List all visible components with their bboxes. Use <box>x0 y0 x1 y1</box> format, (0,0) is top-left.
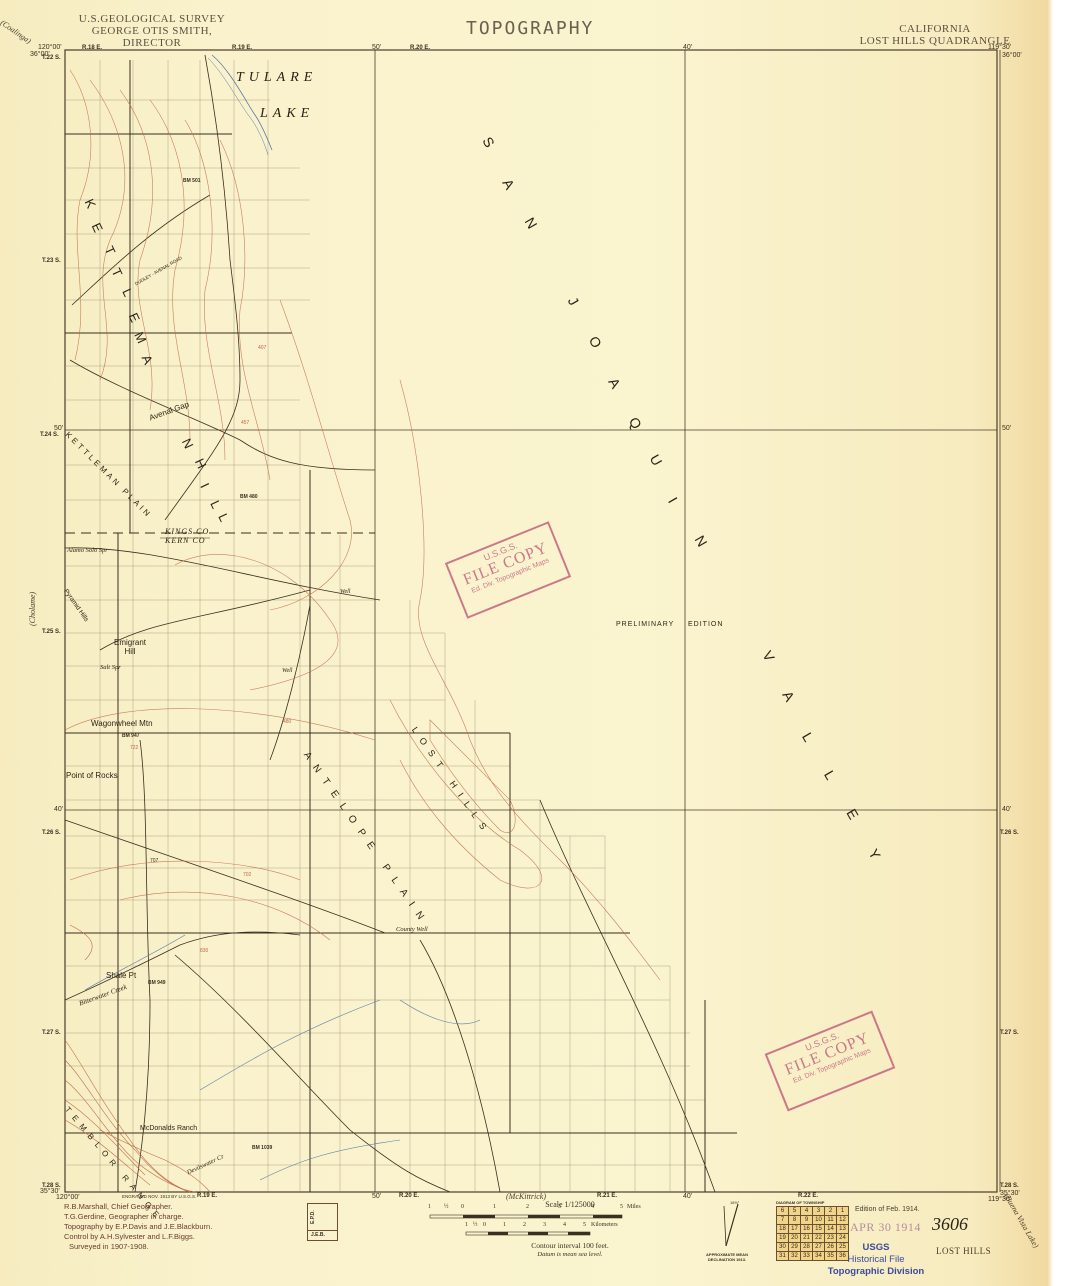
km-tick: 3 <box>543 1222 546 1228</box>
handwritten-number: 3606 <box>932 1214 968 1235</box>
km-tick: 0 <box>483 1222 486 1228</box>
label-edition: EDITION <box>688 621 723 628</box>
elevation-bm-949: BM 949 <box>148 980 166 986</box>
miles-tick: ½ <box>444 1204 449 1210</box>
label-mcdonalds-ranch: McDonalds Ranch <box>140 1125 197 1132</box>
historical-file: Historical File <box>826 1254 926 1266</box>
contour-interval: Contour interval 100 feet. <box>460 1241 680 1250</box>
label-point-of-rocks: Point of Rocks <box>66 771 118 780</box>
credit-surveyed: Surveyed in 1907-1908. <box>64 1242 212 1252</box>
miles-unit: Miles <box>627 1204 641 1210</box>
km-tick: 1 <box>503 1222 506 1228</box>
range-bottom-r20: R.20 E. <box>399 1193 419 1199</box>
index-initials-bottom: J.E.B. <box>311 1232 325 1238</box>
coord-bottom-left-lon: 120°00' <box>56 1194 80 1201</box>
miles-tick: 3 <box>558 1204 561 1210</box>
elevation-707: 707 <box>150 858 158 864</box>
km-unit: Kilometers <box>591 1222 618 1228</box>
declination-label: APPROXIMATE MEAN DECLINATION 1913. <box>692 1252 762 1262</box>
footer-quad-name: LOST HILLS <box>936 1246 991 1256</box>
km-tick: 5 <box>583 1222 586 1228</box>
elevation-bm-480: BM 480 <box>240 494 258 500</box>
credit-geographer: T.G.Gerdine, Geographer in charge. <box>64 1212 212 1222</box>
label-shale-pt: Shale Pt <box>106 971 136 980</box>
km-tick: 4 <box>563 1222 566 1228</box>
miles-tick: 1 <box>428 1204 431 1210</box>
range-bottom-r21: R.21 E. <box>597 1193 617 1199</box>
elevation-480: 480 <box>283 719 291 725</box>
map-linework <box>0 0 1080 1286</box>
label-well-2: Well <box>282 668 292 674</box>
engraved-note: ENGRAVED NOV. 1913 BY U.S.G.S. <box>122 1194 196 1199</box>
miles-tick: 5 <box>620 1204 623 1210</box>
miles-tick: 1 <box>493 1204 496 1210</box>
datum-note: Datum is mean sea level. <box>460 1251 680 1258</box>
elevation-bm-501: BM 501 <box>183 178 201 184</box>
coord-bottom-lon-40: 40' <box>683 1193 692 1200</box>
credit-topography: Topography by E.P.Davis and J.E.Blackbur… <box>64 1222 212 1232</box>
km-tick: ½ <box>473 1222 478 1228</box>
township-diagram-title: DIAGRAM OF TOWNSHIP <box>776 1200 824 1205</box>
label-kings-co: KINGS CO <box>165 527 209 536</box>
credit-control: Control by A.H.Sylvester and L.F.Biggs. <box>64 1232 212 1242</box>
range-bottom-r19: R.19 E. <box>197 1193 217 1199</box>
historical-division: Topographic Division <box>826 1266 926 1278</box>
label-county-well: County Well <box>396 926 428 933</box>
miles-tick: 2 <box>526 1204 529 1210</box>
declination-arrows <box>712 1198 752 1248</box>
label-well-1: Well <box>340 589 350 595</box>
elevation-bm-947: BM 947 <box>122 733 140 739</box>
miles-tick: 4 <box>591 1204 594 1210</box>
km-tick: 2 <box>523 1222 526 1228</box>
label-wagonwheel-mtn: Wagonwheel Mtn <box>91 719 153 728</box>
historical-agency: USGS <box>826 1242 926 1254</box>
declination-degrees: 18½° <box>730 1200 739 1205</box>
label-preliminary: PRELIMINARY <box>616 621 674 628</box>
index-box: E.P.D. J.E.B. <box>307 1203 338 1241</box>
received-stamp: APR 30 1914 <box>850 1220 921 1235</box>
elevation-722: 722 <box>130 745 138 751</box>
km-tick: 1 <box>465 1222 468 1228</box>
label-alamo-solo: Alamo Solo Spr <box>67 547 108 554</box>
label-kern-co: KERN CO <box>165 536 206 545</box>
elevation-702: 702 <box>243 872 251 878</box>
elevation-407: 407 <box>258 345 266 351</box>
edition-date: Edition of Feb. 1914. <box>855 1206 920 1213</box>
range-bottom-r22: R.22 E. <box>798 1193 818 1199</box>
index-initials-top: E.P.D. <box>310 1210 316 1224</box>
credits-block: R.B.Marshall, Chief Geographer. T.G.Gerd… <box>64 1202 212 1252</box>
label-salt-spr: Salt Spr <box>100 664 121 671</box>
elevation-bm-1039: BM 1039 <box>252 1145 272 1151</box>
label-tulare: TULARE <box>236 70 317 86</box>
label-emigrant-hill: Emigrant Hill <box>110 638 150 656</box>
historical-file-stamp: USGS Historical File Topographic Divisio… <box>826 1242 926 1278</box>
coord-bottom-lon-50: 50' <box>372 1193 381 1200</box>
coord-bottom-right-lon: 119°30' <box>988 1196 1011 1203</box>
miles-tick: 0 <box>461 1204 464 1210</box>
credit-chief: R.B.Marshall, Chief Geographer. <box>64 1202 212 1212</box>
elevation-457: 457 <box>241 420 249 426</box>
adjacent-quad-west: (Cholame) <box>28 592 37 626</box>
elevation-830: 830 <box>200 948 208 954</box>
label-lake: LAKE <box>260 106 314 122</box>
